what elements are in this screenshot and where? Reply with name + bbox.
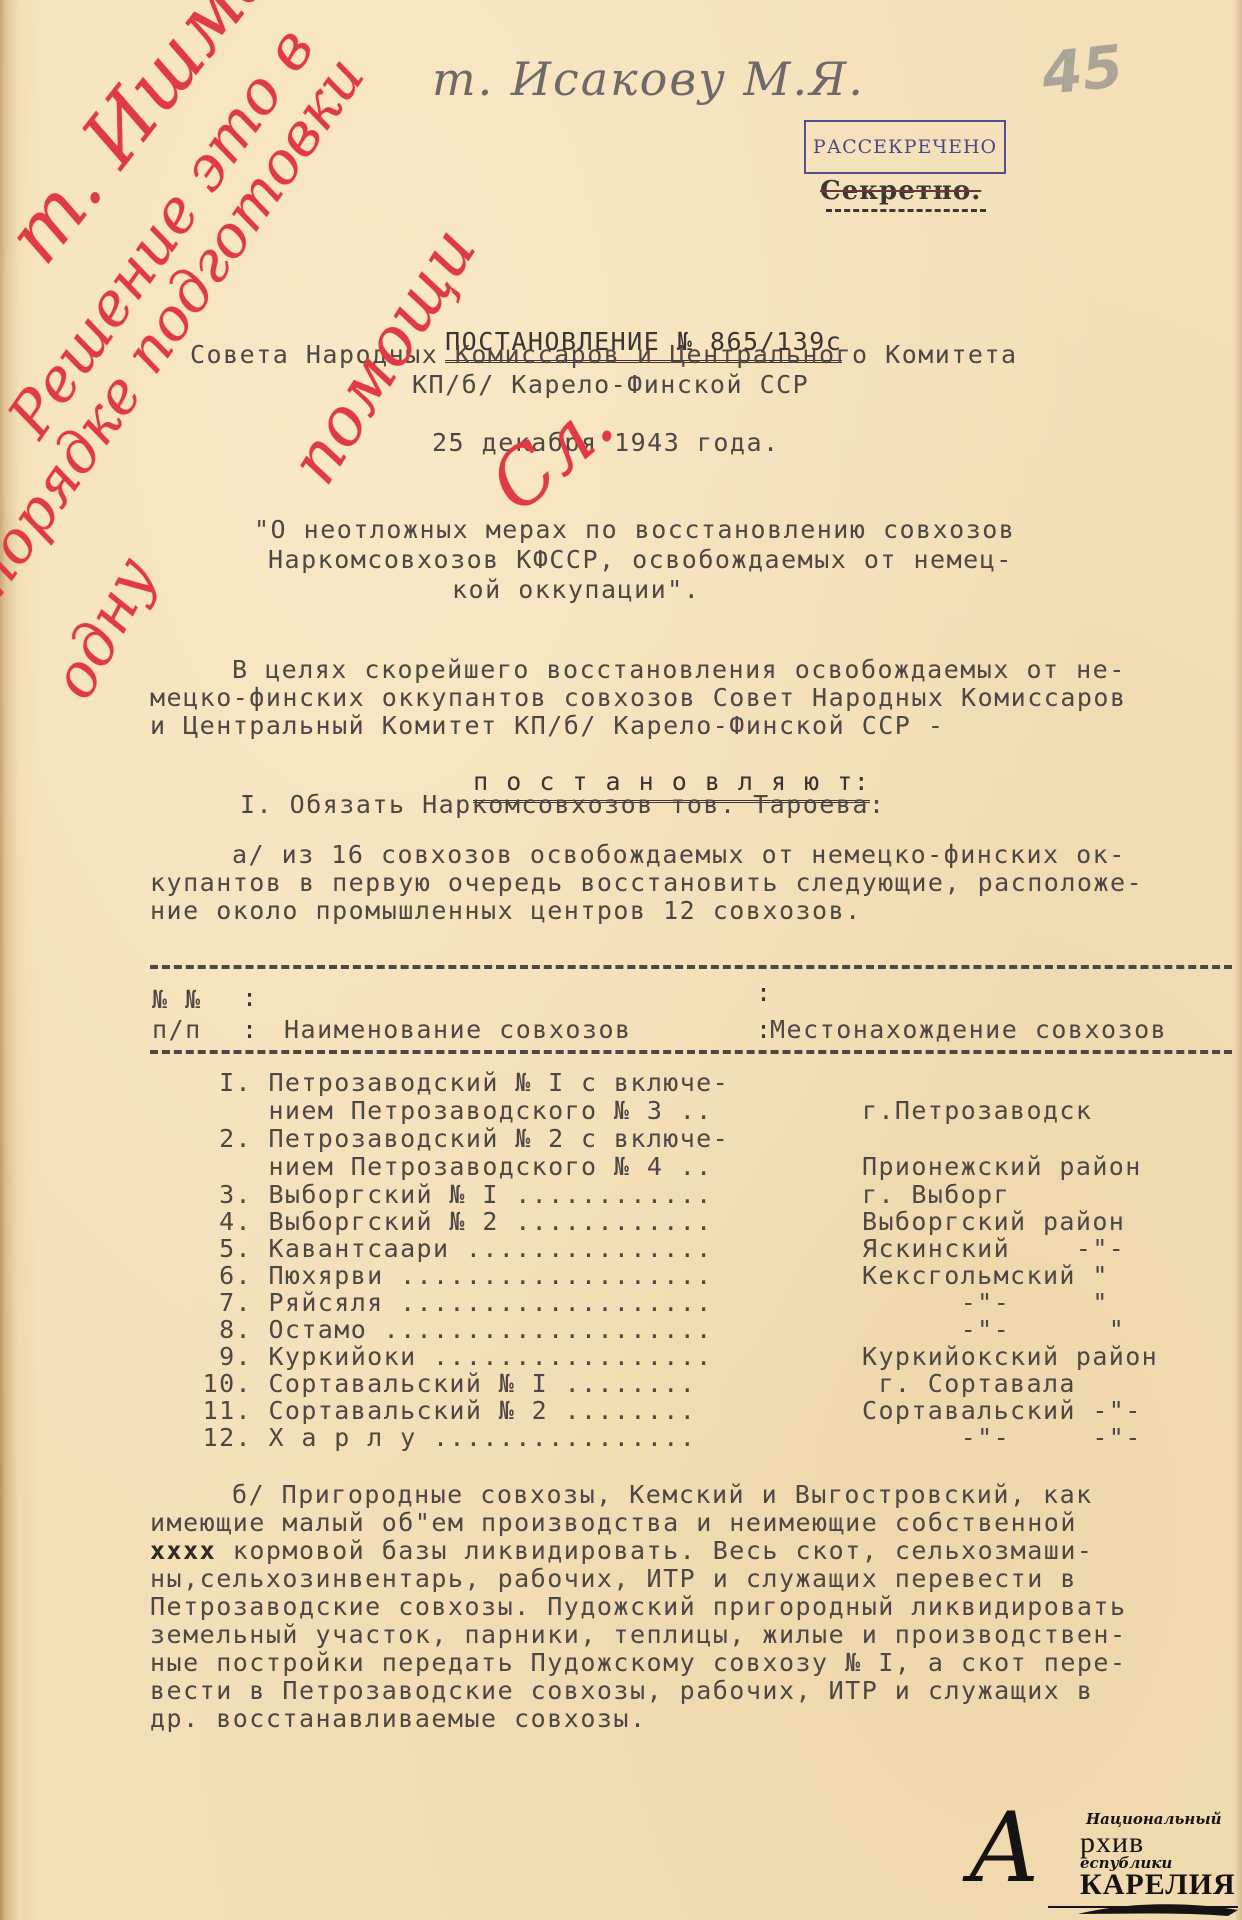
page-number: 45 (1039, 32, 1126, 108)
table-row: 8. Остамо .................... (192, 1315, 713, 1343)
table-header-location: Местонахождение совхозов (770, 1015, 1167, 1044)
struck-typo: хххх (150, 1536, 216, 1565)
para-a-line-2: купантов в первую очередь восстановить с… (150, 868, 1143, 897)
table-row: 3. Выборгский № I ............ (192, 1180, 713, 1208)
secret-classification-struck: Секретно. (820, 176, 981, 206)
logo-initial: А (968, 1800, 1041, 1896)
page-edge (1234, 0, 1242, 1920)
issuer-line-1: Совета Народных Комиссаров и Центральног… (190, 340, 1018, 369)
para-b-line-5: Петрозаводские совхозы. Пудожский пригор… (150, 1592, 1127, 1621)
declassified-stamp: РАССЕКРЕЧЕНО (804, 120, 1006, 174)
table-row: 12. Х а р л у ................ (192, 1423, 696, 1451)
table-cell-location: -"- " (862, 1315, 1125, 1344)
table-cell-location: Кексгольмский " (862, 1261, 1109, 1290)
preamble-line-3: и Центральный Комитет КП/б/ Карело-Финск… (150, 711, 944, 740)
quill-icon (1078, 1900, 1238, 1920)
decree-word: п о с т а н о в л я ю т: (440, 738, 870, 796)
red-resolution-initials: Сл. (473, 377, 630, 529)
para-a-line-3: ние около промышленных центров 12 совхоз… (150, 896, 862, 925)
subject-line-3: кой оккупации". (452, 575, 700, 604)
table-header-num-line-1: № № (152, 985, 202, 1014)
archive-logo: А Национальный рхив еспублики КАРЕЛИЯ (968, 1808, 1238, 1916)
table-cell-location: -"- -"- (862, 1423, 1142, 1452)
table-cell-location: г.Петрозаводск (862, 1096, 1092, 1125)
column-separator: : (756, 978, 771, 1007)
column-separator: : (242, 1015, 257, 1044)
secret-underline (826, 209, 986, 212)
issuer-line-2: КП/б/ Карело-Финской ССР (412, 370, 809, 399)
addressee-handwriting: т. Исакову М.Я. (432, 52, 865, 106)
para-b-line-9: др. восстанавливаемые совхозы. (150, 1704, 647, 1733)
para-b-line-2: имеющие малый об"ем производства и неиме… (150, 1508, 1077, 1537)
table-cell-location: Куркийокский район (862, 1342, 1158, 1371)
table-row: I. Петрозаводский № I с включе- (192, 1068, 729, 1096)
para-b-line-8: вести в Петрозаводские совхозы, рабочих,… (150, 1676, 1093, 1705)
table-cell-location: Яскинский -"- (862, 1234, 1125, 1263)
para-b-line-4: ны,сельхозинвентарь, рабочих, ИТР и служ… (150, 1564, 1077, 1593)
item-1-text: I. Обязать Наркомсовхозов тов. Тароева: (240, 790, 886, 819)
table-row: 5. Кавантсаари ............... (192, 1234, 713, 1262)
column-separator: : (242, 983, 257, 1012)
para-b-line-3: хххх кормовой базы ликвидировать. Весь с… (150, 1536, 1093, 1565)
para-b-line-6: земельный участок, парники, теплицы, жил… (150, 1620, 1127, 1649)
table-cell-location: -"- " (862, 1288, 1109, 1317)
table-row: 7. Ряйсяля ................... (192, 1288, 713, 1316)
table-cell-location: г. Сортавала (862, 1369, 1076, 1398)
subject-line-2: Наркомсовхозов КФССР, освобождаемых от н… (268, 545, 1013, 574)
para-a-line-1: а/ из 16 совхозов освобождаемых от немец… (232, 840, 1126, 869)
preamble-line-1: В целях скорейшего восстановления освобо… (232, 655, 1126, 684)
table-row: 10. Сортавальский № I ........ (192, 1369, 696, 1397)
table-header-bottom-rule (150, 1050, 1232, 1054)
stamp-text: РАССЕКРЕЧЕНО (813, 136, 997, 158)
subject-line-1: "О неотложных мерах по восстановлению со… (254, 515, 1015, 544)
table-row-continuation: нием Петрозаводского № 4 .. (192, 1152, 713, 1180)
table-row: 11. Сортавальский № 2 ........ (192, 1396, 696, 1424)
table-row: 4. Выборгский № 2 ............ (192, 1207, 713, 1235)
table-top-rule (150, 965, 1232, 969)
table-row: 6. Пюхярви ................... (192, 1261, 713, 1289)
table-row: 2. Петрозаводский № 2 с включе- (192, 1124, 729, 1152)
table-row: 9. Куркийоки ................. (192, 1342, 713, 1370)
table-header-name: Наименование совхозов (284, 1015, 632, 1044)
para-b-line-1: б/ Пригородные совхозы, Кемский и Выгост… (232, 1480, 1093, 1509)
preamble-line-2: мецко-финских оккупантов совхозов Совет … (150, 683, 1127, 712)
table-cell-location: г. Выборг (862, 1180, 1010, 1209)
table-cell-location: Выборгский район (862, 1207, 1125, 1236)
table-row-continuation: нием Петрозаводского № 3 .. (192, 1096, 713, 1124)
table-cell-location: Прионежский район (862, 1152, 1142, 1181)
table-cell-location: Сортавальский -"- (862, 1396, 1142, 1425)
para-b-line-7: ные постройки передать Пудожскому совхоз… (150, 1648, 1127, 1677)
column-separator: : (756, 1015, 771, 1044)
table-header-num-line-2: п/п (152, 1015, 202, 1044)
